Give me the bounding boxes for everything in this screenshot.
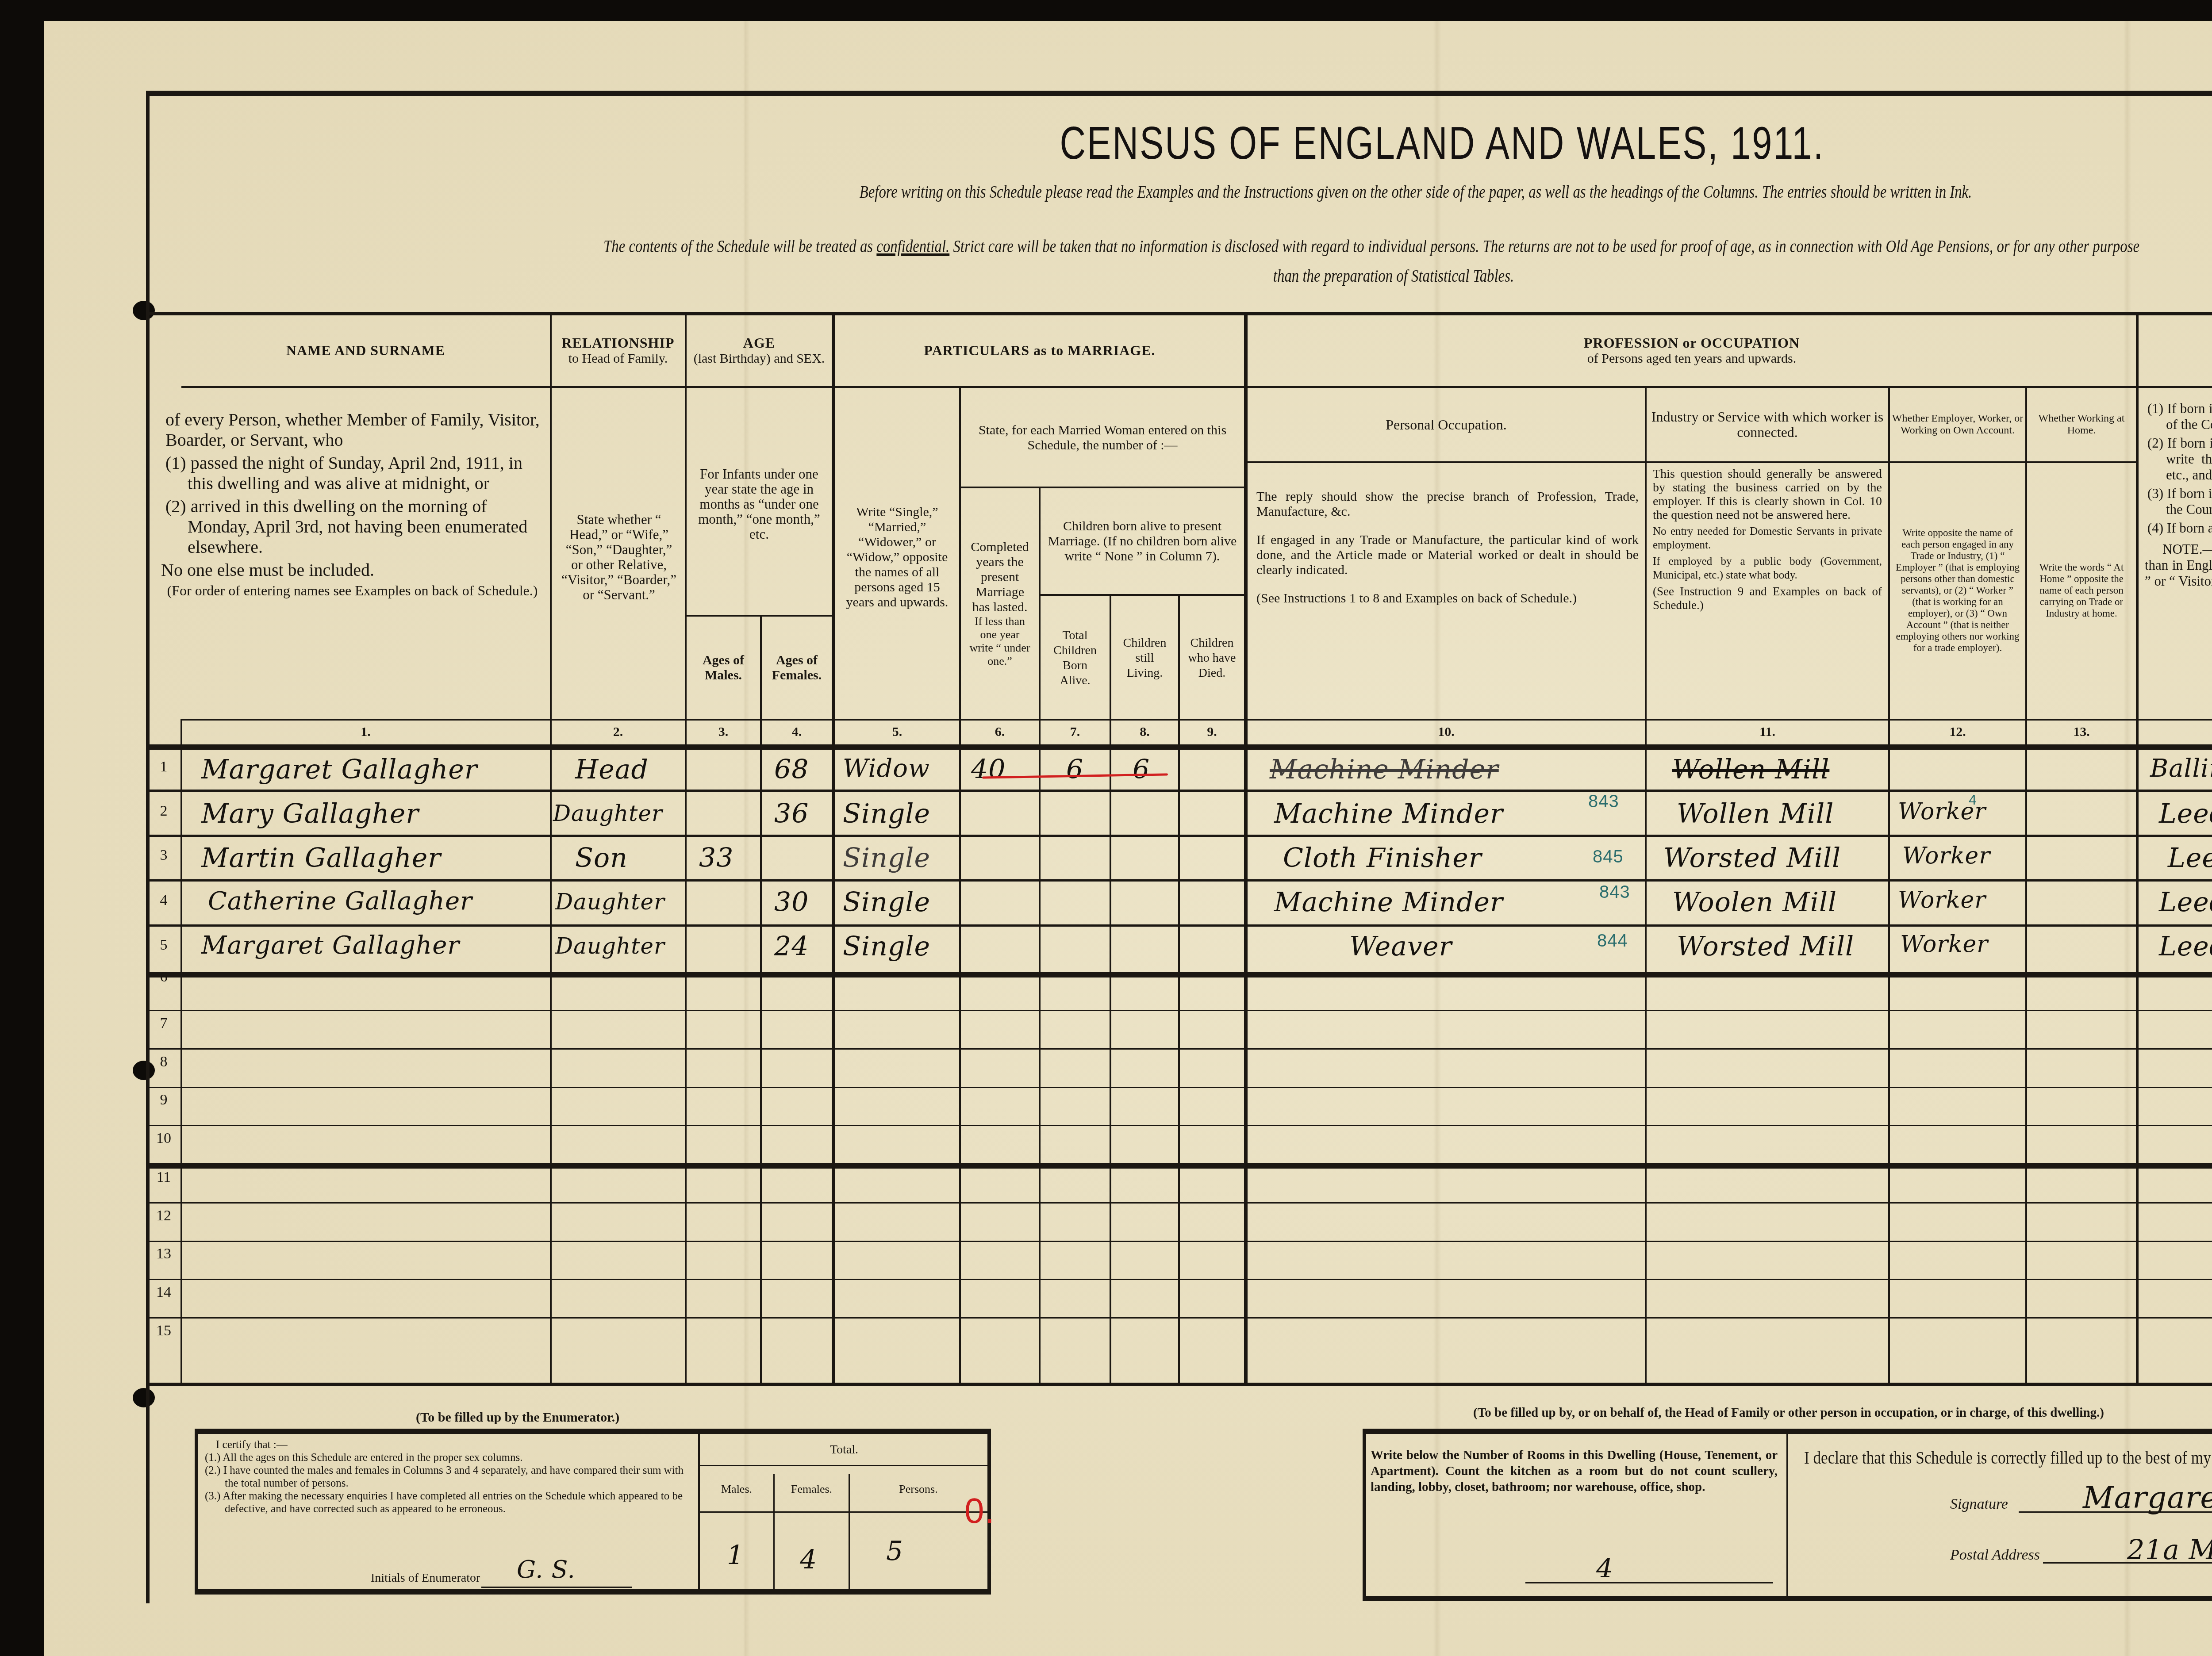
colnum-13: 13. bbox=[2027, 724, 2136, 740]
enumerator-caption: (To be filled up by the Enumerator.) bbox=[416, 1410, 619, 1425]
red-check-mark: 0. bbox=[964, 1491, 995, 1531]
certify-item-2: (2.) I have counted the males and female… bbox=[203, 1464, 689, 1490]
row-rule bbox=[146, 924, 2212, 927]
subheader-rule bbox=[1040, 594, 1244, 596]
desc-name-3: No one else must be included. bbox=[161, 560, 544, 580]
desc-name-2: (2) arrived in this dwelling on the morn… bbox=[161, 496, 544, 557]
desc-name: of every Person, whether Member of Famil… bbox=[155, 407, 550, 717]
desc-name-1: (1) passed the night of Sunday, April 2n… bbox=[161, 453, 544, 494]
cell-condition[interactable]: Widow bbox=[843, 754, 930, 783]
cell-occupation[interactable]: Cloth Finisher bbox=[1283, 843, 1482, 874]
row-number: 3 bbox=[146, 847, 181, 864]
persons-total[interactable]: 5 bbox=[886, 1536, 903, 1567]
desc-years-married: Completed years the present Marriage has… bbox=[961, 489, 1039, 719]
desc-personal-occupation: The reply should show the precise branch… bbox=[1250, 487, 1645, 717]
row-number: 13 bbox=[146, 1246, 181, 1262]
header-age: AGE (last Birthday) and SEX. bbox=[687, 314, 832, 387]
cell-condition[interactable]: Single bbox=[843, 798, 930, 829]
row-rule bbox=[146, 1010, 2212, 1011]
desc-married-woman: State, for each Married Woman entered on… bbox=[961, 389, 1244, 487]
colnum-14: 14. bbox=[2139, 724, 2212, 740]
colnum-4: 4. bbox=[762, 724, 832, 740]
colnum-11: 11. bbox=[1647, 724, 1888, 740]
colnum-top-rule bbox=[181, 719, 2212, 721]
cell-children-living[interactable]: 6 bbox=[1133, 754, 1150, 785]
row-number: 2 bbox=[146, 803, 181, 820]
desc-birthplace-note: NOTE.—In the case of persons born elsewh… bbox=[2145, 541, 2212, 589]
subheader-rule bbox=[686, 615, 832, 617]
head-of-family-caption: (To be filled up by, or on behalf of, th… bbox=[1473, 1406, 2104, 1420]
row-number: 15 bbox=[146, 1322, 181, 1339]
cell-industry[interactable]: Wollen Mill bbox=[1672, 754, 1829, 785]
cell-name[interactable]: Mary Gallagher bbox=[201, 798, 419, 829]
desc-birthplace: (1) If born in the United Kingdom, write… bbox=[2139, 398, 2212, 717]
row-number: 7 bbox=[146, 1015, 181, 1032]
row-rule bbox=[146, 790, 2212, 792]
desc-birthplace-4: (4) If born at sea, write “ At Sea.” bbox=[2145, 520, 2212, 536]
enumerator-certify: I certify that :— (1.) All the ages on t… bbox=[203, 1438, 689, 1515]
header-relationship: RELATIONSHIP to Head of Family. bbox=[552, 314, 684, 387]
colnum-10: 10. bbox=[1248, 724, 1645, 740]
confidential-prefix: The contents of the Schedule will be tre… bbox=[603, 236, 876, 256]
instruction-line: Before writing on this Schedule please r… bbox=[436, 181, 2212, 202]
cell-birthplace[interactable]: Leeds Yorks. bbox=[2159, 931, 2212, 962]
row-number: 9 bbox=[146, 1092, 181, 1108]
initials-line bbox=[481, 1587, 632, 1588]
cell-name[interactable]: Martin Gallagher bbox=[201, 843, 441, 874]
initials-label: Initials of Enumerator bbox=[371, 1571, 480, 1585]
desc-years-married-main: Completed years the present Marriage has… bbox=[967, 540, 1033, 615]
signature-label: Signature bbox=[1950, 1496, 2008, 1513]
col-rule bbox=[550, 312, 552, 1384]
colnum-12: 12. bbox=[1890, 724, 2025, 740]
colnum-5: 5. bbox=[835, 724, 959, 740]
colnum-1: 1. bbox=[181, 724, 550, 740]
row-rule bbox=[146, 879, 2212, 882]
binding-hole bbox=[133, 301, 155, 320]
desc-industry: This question should generally be answer… bbox=[1647, 464, 1888, 717]
colnum-3: 3. bbox=[687, 724, 760, 740]
cell-relationship[interactable]: Head bbox=[575, 754, 649, 785]
confidential-line-2: than the preparation of Statistical Tabl… bbox=[1049, 265, 1738, 286]
row-number: 6 bbox=[146, 969, 181, 985]
row-number: 4 bbox=[146, 892, 181, 909]
row-rule bbox=[146, 1087, 2212, 1088]
cell-name[interactable]: Catherine Gallagher bbox=[208, 887, 472, 916]
rooms-value[interactable]: 4 bbox=[1596, 1553, 1613, 1584]
colnum-9: 9. bbox=[1180, 724, 1244, 740]
cell-employment[interactable]: Worker bbox=[1902, 843, 1990, 869]
subheader-rule bbox=[960, 487, 1244, 488]
cell-name[interactable]: Margaret Gallagher bbox=[201, 754, 478, 785]
header-relationship-title: RELATIONSHIP bbox=[561, 335, 674, 351]
cell-relationship[interactable]: Daughter bbox=[555, 889, 665, 915]
desc-name-intro: of every Person, whether Member of Famil… bbox=[161, 410, 544, 450]
row-number: 14 bbox=[146, 1284, 181, 1301]
subheader-rule bbox=[1248, 461, 2136, 463]
cell-condition[interactable]: Single bbox=[843, 931, 930, 962]
desc-employer: Write opposite the name of each person e… bbox=[1890, 464, 2025, 717]
cell-occupation-code: 845 bbox=[1593, 847, 1624, 867]
row-number: 1 bbox=[146, 759, 181, 775]
row-rule bbox=[146, 835, 2212, 837]
desc-industry-1: This question should generally be answer… bbox=[1653, 467, 1882, 522]
cell-occupation[interactable]: Machine Minder bbox=[1270, 754, 1499, 785]
confidential-suffix: Strict care will be taken that no inform… bbox=[949, 236, 2139, 256]
females-label: Females. bbox=[775, 1483, 849, 1496]
cell-children-born[interactable]: 6 bbox=[1066, 754, 1083, 785]
row-number: 11 bbox=[146, 1169, 181, 1186]
desc-name-4: (For order of entering names see Example… bbox=[161, 583, 544, 598]
row-number: 12 bbox=[146, 1207, 181, 1224]
desc-total-born: Total Children Born Alive. bbox=[1041, 597, 1110, 719]
cell-occupation-code: 843 bbox=[1588, 792, 1619, 812]
males-total[interactable]: 1 bbox=[727, 1540, 744, 1571]
header-at-home: Whether Working at Home. bbox=[2027, 389, 2136, 460]
cell-employment-code: 4 bbox=[1969, 792, 1977, 808]
header-marriage: PARTICULARS as to MARRIAGE. bbox=[835, 314, 1244, 387]
enumerator-box: I certify that :— (1.) All the ages on t… bbox=[195, 1429, 991, 1595]
cell-relationship[interactable]: Daughter bbox=[553, 801, 663, 826]
cell-condition[interactable]: Single bbox=[843, 843, 930, 874]
page-title: CENSUS OF ENGLAND AND WALES, 1911. bbox=[1028, 117, 1856, 170]
header-name: NAME AND SURNAME bbox=[181, 314, 550, 387]
cell-birthplace[interactable]: Leeds Yorks. bbox=[2159, 798, 2212, 829]
certify-heading: I certify that :— bbox=[203, 1438, 689, 1451]
males-label: Males. bbox=[700, 1483, 773, 1496]
cell-industry[interactable]: Wollen Mill bbox=[1677, 798, 1834, 829]
rooms-divider bbox=[1786, 1434, 1788, 1598]
desc-years-married-note: If less than one year write “ under one.… bbox=[967, 615, 1033, 668]
desc-still-living: Children still Living. bbox=[1111, 597, 1178, 719]
cell-condition[interactable]: Single bbox=[843, 887, 930, 918]
cell-occupation-code: 844 bbox=[1597, 931, 1628, 951]
cell-relationship[interactable]: Son bbox=[575, 843, 628, 874]
desc-age: For Infants under one year state the age… bbox=[687, 398, 832, 610]
cell-birthplace[interactable]: Leeds Yorks. bbox=[2168, 843, 2212, 874]
colnum-6: 6. bbox=[961, 724, 1039, 740]
desc-personal-3: (See Instructions 1 to 8 and Examples on… bbox=[1256, 591, 1639, 606]
desc-birthplace-1: (1) If born in the United Kingdom, write… bbox=[2145, 401, 2212, 433]
header-age-title: AGE bbox=[743, 335, 775, 351]
desc-condition: Write “Single,” “Married,” “Widower,” or… bbox=[835, 398, 959, 717]
desc-at-home: Write the words “ At Home ” opposite the… bbox=[2027, 464, 2136, 717]
cell-age-female[interactable]: 36 bbox=[774, 798, 809, 829]
col-rule bbox=[832, 312, 835, 1384]
cell-occupation[interactable]: Machine Minder bbox=[1274, 798, 1503, 829]
header-relationship-sub: to Head of Family. bbox=[568, 351, 668, 366]
header-employer: Whether Employer, Worker, or Working on … bbox=[1890, 389, 2025, 460]
header-personal-occupation: Personal Occupation. bbox=[1248, 389, 1645, 460]
cell-age-female[interactable]: 24 bbox=[774, 931, 809, 962]
declaration-text: I declare that this Schedule is correctl… bbox=[1804, 1447, 2212, 1468]
desc-age-females: Ages of Females. bbox=[762, 619, 832, 717]
colnum-2: 2. bbox=[552, 724, 684, 740]
desc-have-died: Children who have Died. bbox=[1180, 597, 1244, 719]
cell-industry[interactable]: Worsted Mill bbox=[1677, 931, 1854, 962]
desc-personal-2: If engaged in any Trade or Manufacture, … bbox=[1256, 533, 1639, 578]
row-rule bbox=[146, 1241, 2212, 1242]
cell-industry[interactable]: Worsted Mill bbox=[1663, 843, 1841, 874]
rooms-line bbox=[1525, 1582, 1773, 1583]
cell-name[interactable]: Margaret Gallagher bbox=[201, 931, 460, 960]
head-of-family-box: Write below the Number of Rooms in this … bbox=[1363, 1429, 2212, 1601]
cell-occupation-code: 843 bbox=[1599, 882, 1630, 902]
row-rule bbox=[146, 1202, 2212, 1204]
desc-industry-3: If employed by a public body (Government… bbox=[1653, 555, 1882, 582]
row-number: 10 bbox=[146, 1130, 181, 1147]
desc-children: Children born alive to present Marriage.… bbox=[1041, 489, 1244, 594]
cell-age-female[interactable]: 30 bbox=[774, 887, 809, 918]
desc-industry-4: (See Instruction 9 and Examples on back … bbox=[1653, 585, 1882, 612]
header-occupation-sub: of Persons aged ten years and upwards. bbox=[1587, 351, 1796, 366]
cell-industry[interactable]: Woolen Mill bbox=[1672, 887, 1837, 918]
row-rule bbox=[146, 1279, 2212, 1280]
header-industry: Industry or Service with which worker is… bbox=[1647, 389, 1888, 460]
desc-relationship: State whether “ Head,” or “Wife,” “Son,”… bbox=[553, 433, 685, 681]
confidential-line: The contents of the Schedule will be tre… bbox=[319, 236, 2212, 257]
colnum-7: 7. bbox=[1041, 724, 1110, 740]
outer-top-rule bbox=[146, 91, 2212, 96]
desc-age-males: Ages of Males. bbox=[687, 619, 760, 717]
cell-relationship[interactable]: Daughter bbox=[555, 933, 665, 959]
binding-hole bbox=[133, 1388, 155, 1407]
desc-birthplace-2: (2) If born in any other part of the Bri… bbox=[2145, 435, 2212, 483]
totals-rule-2 bbox=[700, 1511, 987, 1513]
totals-rule bbox=[700, 1465, 987, 1466]
cell-occupation[interactable]: Weaver bbox=[1349, 931, 1452, 962]
cell-age-female[interactable]: 68 bbox=[774, 754, 809, 785]
cell-employment[interactable]: Worker bbox=[1900, 931, 1988, 958]
cell-age-male[interactable]: 33 bbox=[699, 843, 733, 874]
header-birthplace: BIRTHPLACE of every person. bbox=[2139, 314, 2212, 387]
totals-label: Total. bbox=[698, 1443, 990, 1457]
cell-employment[interactable]: Worker bbox=[1898, 887, 1986, 913]
certify-item-1: (1.) All the ages on this Schedule are e… bbox=[203, 1451, 689, 1464]
cell-birthplace[interactable]: Ballina Co. Mayo bbox=[2150, 754, 2212, 783]
desc-industry-2: No entry needed for Domestic Servants in… bbox=[1653, 525, 1882, 552]
desc-birthplace-3: (3) If born in a Foreign Country, write … bbox=[2145, 486, 2212, 517]
females-total[interactable]: 4 bbox=[800, 1545, 817, 1575]
address-label: Postal Address bbox=[1950, 1547, 2040, 1564]
certify-item-3: (3.) After making the necessary enquirie… bbox=[203, 1490, 689, 1515]
confidential-word: confidential. bbox=[876, 236, 949, 256]
signature-value[interactable]: Margaret Gallagher bbox=[2083, 1480, 2212, 1515]
cell-years-married[interactable]: 40 bbox=[971, 754, 1006, 785]
rooms-instruction: Write below the Number of Rooms in this … bbox=[1371, 1447, 1778, 1495]
header-occupation-title: PROFESSION or OCCUPATION bbox=[1584, 335, 1800, 351]
header-age-sub: (last Birthday) and SEX. bbox=[694, 351, 825, 366]
cell-birthplace[interactable]: Leeds Yorks. bbox=[2159, 887, 2212, 918]
row-rule bbox=[146, 1125, 2212, 1126]
col-rule bbox=[1244, 312, 1248, 1384]
row-number: 8 bbox=[146, 1054, 181, 1070]
initials-value[interactable]: G. S. bbox=[517, 1556, 576, 1583]
row-rule bbox=[146, 1048, 2212, 1050]
desc-personal-1: The reply should show the precise branch… bbox=[1256, 489, 1639, 519]
cell-occupation[interactable]: Machine Minder bbox=[1274, 887, 1503, 918]
row-rule bbox=[146, 1317, 2212, 1319]
row-number: 5 bbox=[146, 937, 181, 954]
colnum-8: 8. bbox=[1111, 724, 1178, 740]
header-occupation: PROFESSION or OCCUPATION of Persons aged… bbox=[1248, 314, 2136, 387]
address-value[interactable]: 21a Mill Street Bank Leeds bbox=[2127, 1533, 2212, 1566]
